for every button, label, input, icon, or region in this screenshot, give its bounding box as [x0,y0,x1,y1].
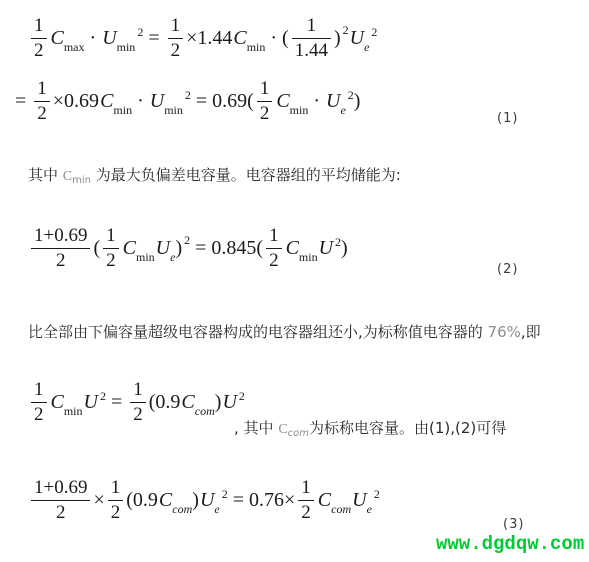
equation-1-number: (1) [497,111,518,126]
equation-3-number: (3) [503,517,524,532]
document-page: 12Cmax · Umin2 = 12×1.44Cmin · (11.44)2U… [0,0,589,562]
watermark-url: www.dgdqw.com [436,533,584,555]
inline-text-ccom-definition: , 其中 Ccom为标称电容量。由(1),(2)可得 [234,417,506,438]
paragraph-cmin-definition: 其中 Cmin 为最大负偏差电容量。电容器组的平均储能为: [28,164,401,185]
equation-2: 1+0.692(12CminUe)2 = 0.845(12CminU2) [28,226,348,271]
equation-nominal-capacitance: 12CminU2 = 12(0.9Ccom)U2 [28,380,245,425]
equation-3: 1+0.692×12(0.9Ccom)Ue2 = 0.76×12CcomUe2 [28,478,380,523]
equation-1-line-2: = 12×0.69Cmin · Umin2 = 0.69(12Cmin · Ue… [15,79,360,124]
equation-2-number: (2) [497,262,518,277]
paragraph-comparison: 比全部由下偏容量超级电容器构成的电容器组还小,为标称值电容器的 76%,即 [28,321,541,342]
equation-1-line-1: 12Cmax · Umin2 = 12×1.44Cmin · (11.44)2U… [28,16,377,61]
